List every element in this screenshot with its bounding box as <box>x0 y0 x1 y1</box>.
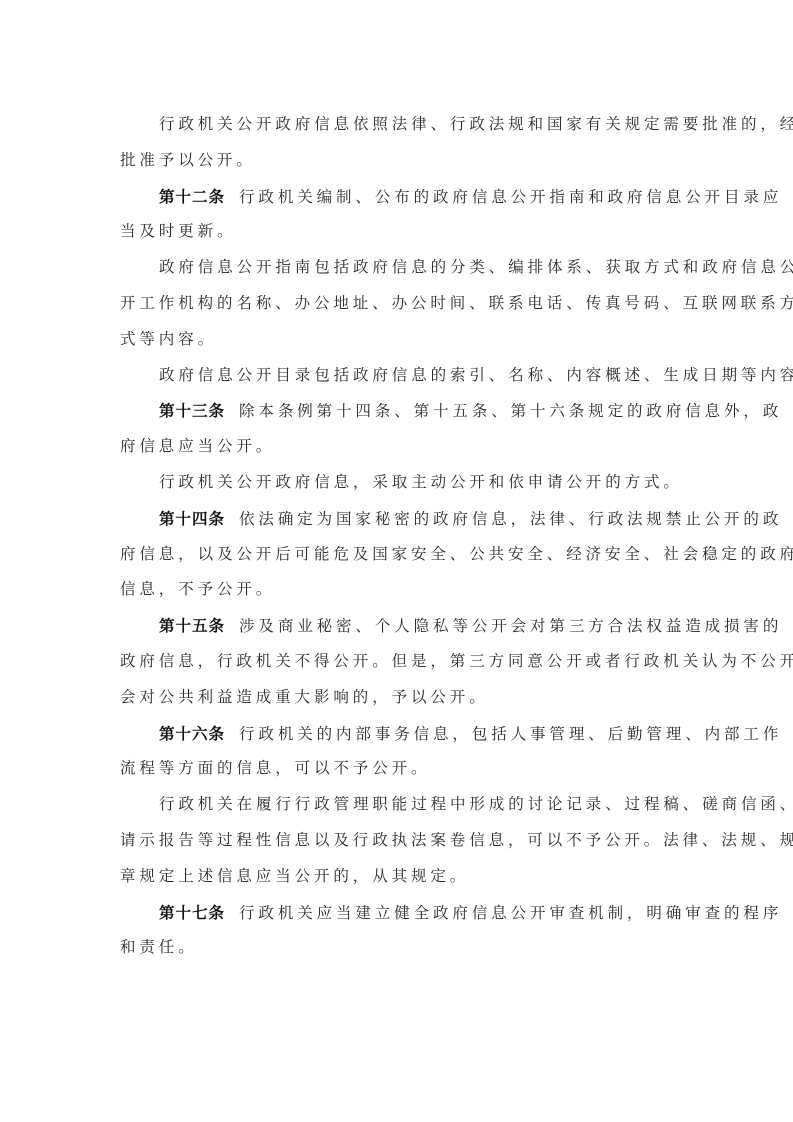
text-line: 依法确定为国家秘密的政府信息，法律、行政法规禁止公开的政 <box>239 510 782 528</box>
text-line: 式等内容。 <box>120 322 676 358</box>
article-heading: 第十七条 <box>159 903 225 922</box>
text-line: 流程等方面的信息，可以不予公开。 <box>120 751 676 787</box>
article-heading: 第十二条 <box>159 187 225 206</box>
text-line: 涉及商业秘密、个人隐私等公开会对第三方合法权益造成损害的 <box>239 617 782 635</box>
text-line: 开工作机构的名称、办公地址、办公时间、联系电话、传真号码、互联网联系方 <box>120 286 676 322</box>
text-line: 行政机关应当建立健全政府信息公开审查机制，明确审查的程序 <box>239 904 782 922</box>
article-15: 第十五条涉及商业秘密、个人隐私等公开会对第三方合法权益造成损害的 政府信息，行政… <box>120 608 676 715</box>
article-16: 第十六条行政机关的内部事务信息，包括人事管理、后勤管理、内部工作 流程等方面的信… <box>120 716 676 788</box>
text-line: 当及时更新。 <box>120 214 676 250</box>
article-heading: 第十六条 <box>159 724 225 743</box>
text-line: 府信息，以及公开后可能危及国家安全、公共安全、经济安全、社会稳定的政府 <box>120 537 676 573</box>
text-line: 行政机关编制、公布的政府信息公开指南和政府信息公开目录应 <box>239 188 782 206</box>
text-line: 府信息应当公开。 <box>120 429 676 465</box>
text-line: 行政机关公开政府信息，采取主动公开和依申请公开的方式。 <box>120 465 676 501</box>
text-line: 除本条例第十四条、第十五条、第十六条规定的政府信息外，政 <box>239 402 782 420</box>
article-13: 第十三条除本条例第十四条、第十五条、第十六条规定的政府信息外，政 府信息应当公开… <box>120 393 676 465</box>
paragraph-disclosure-methods: 行政机关公开政府信息，采取主动公开和依申请公开的方式。 <box>120 465 676 501</box>
text-line: 政府信息公开目录包括政府信息的索引、名称、内容概述、生成日期等内容。 <box>120 358 676 394</box>
document-page: 行政机关公开政府信息依照法律、行政法规和国家有关规定需要批准的，经 批准予以公开… <box>120 107 676 966</box>
paragraph-process-info: 行政机关在履行行政管理职能过程中形成的讨论记录、过程稿、磋商信函、 请示报告等过… <box>120 787 676 894</box>
text-line: 章规定上述信息应当公开的，从其规定。 <box>120 859 676 895</box>
text-line: 行政机关的内部事务信息，包括人事管理、后勤管理、内部工作 <box>239 725 782 743</box>
text-line: 政府信息，行政机关不得公开。但是，第三方同意公开或者行政机关认为不公开 <box>120 644 676 680</box>
paragraph-catalog: 政府信息公开目录包括政府信息的索引、名称、内容概述、生成日期等内容。 <box>120 358 676 394</box>
text-line: 批准予以公开。 <box>120 143 676 179</box>
text-line: 会对公共利益造成重大影响的，予以公开。 <box>120 680 676 716</box>
article-12: 第十二条行政机关编制、公布的政府信息公开指南和政府信息公开目录应 当及时更新。 <box>120 179 676 251</box>
text-line: 请示报告等过程性信息以及行政执法案卷信息，可以不予公开。法律、法规、规 <box>120 823 676 859</box>
article-14: 第十四条依法确定为国家秘密的政府信息，法律、行政法规禁止公开的政 府信息，以及公… <box>120 501 676 608</box>
article-heading: 第十五条 <box>159 616 225 635</box>
text-line: 政府信息公开指南包括政府信息的分类、编排体系、获取方式和政府信息公 <box>120 250 676 286</box>
text-line: 行政机关在履行行政管理职能过程中形成的讨论记录、过程稿、磋商信函、 <box>120 787 676 823</box>
text-line: 信息，不予公开。 <box>120 572 676 608</box>
text-line: 和责任。 <box>120 930 676 966</box>
article-17: 第十七条行政机关应当建立健全政府信息公开审查机制，明确审查的程序 和责任。 <box>120 895 676 967</box>
article-heading: 第十四条 <box>159 509 225 528</box>
paragraph-approval: 行政机关公开政府信息依照法律、行政法规和国家有关规定需要批准的，经 批准予以公开… <box>120 107 676 179</box>
article-heading: 第十三条 <box>159 401 225 420</box>
paragraph-guide: 政府信息公开指南包括政府信息的分类、编排体系、获取方式和政府信息公 开工作机构的… <box>120 250 676 357</box>
text-line: 行政机关公开政府信息依照法律、行政法规和国家有关规定需要批准的，经 <box>120 107 676 143</box>
